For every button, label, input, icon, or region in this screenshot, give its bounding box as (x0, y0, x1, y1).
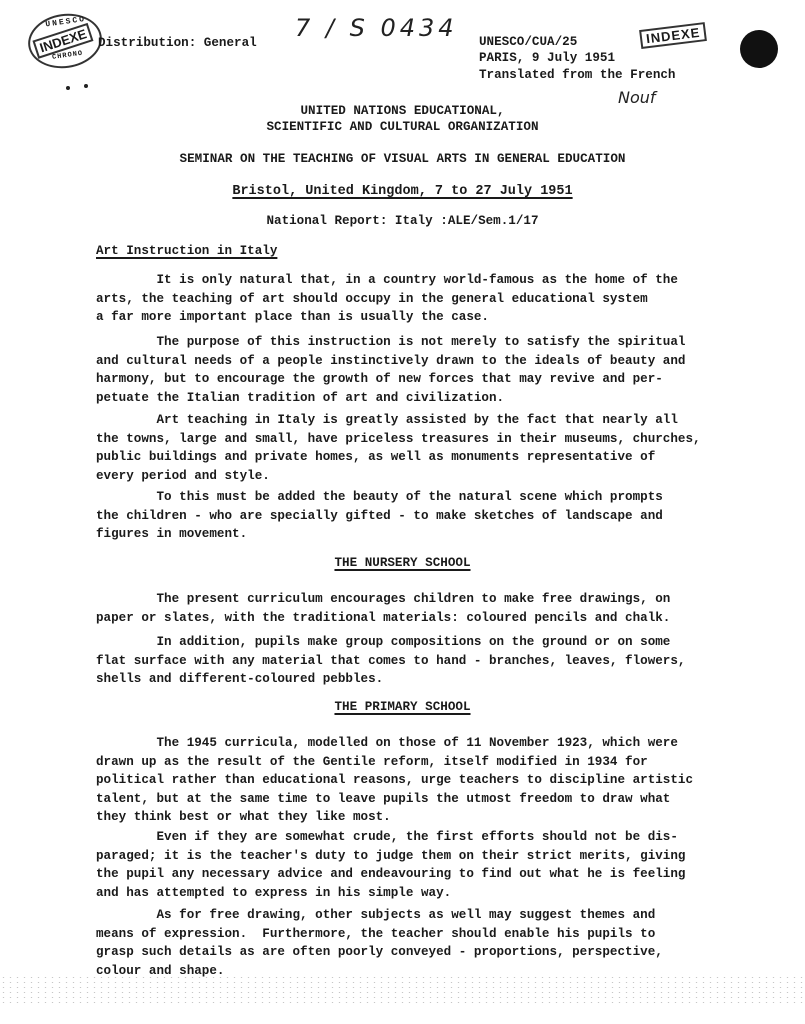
paragraph: As for free drawing, other subjects as w… (96, 906, 736, 980)
handwritten-reference-number: 7 / S 0434 (295, 14, 458, 42)
ink-speck (66, 86, 70, 90)
indexe-rect-stamp: INDEXE (639, 22, 707, 49)
paragraph: In addition, pupils make group compositi… (96, 633, 736, 689)
paragraph: The present curriculum encourages childr… (96, 590, 736, 627)
section-heading: Art Instruction in Italy (96, 244, 277, 258)
paragraph: Even if they are somewhat crude, the fir… (96, 828, 736, 902)
paragraph: It is only natural that, in a country wo… (96, 271, 736, 327)
ink-speck (84, 84, 88, 88)
section-heading: THE PRIMARY SCHOOL (334, 700, 470, 714)
org-name-line1: UNITED NATIONS EDUCATIONAL, (0, 104, 805, 118)
paragraph: Art teaching in Italy is greatly assiste… (96, 411, 736, 485)
paragraph: The 1945 curricula, modelled on those of… (96, 734, 736, 827)
paragraph: To this must be added the beauty of the … (96, 488, 736, 544)
translation-note: Translated from the French (479, 68, 676, 82)
section-heading: THE NURSERY SCHOOL (334, 556, 470, 570)
distribution-label: Distribution: General (98, 36, 257, 50)
ink-blot-mark (740, 30, 778, 68)
place-date: PARIS, 9 July 1951 (479, 51, 615, 65)
seminar-location: Bristol, United Kingdom, 7 to 27 July 19… (232, 184, 572, 199)
indexe-oval-stamp: UNESCO INDEXE CHRONO (25, 9, 106, 73)
paragraph: The purpose of this instruction is not m… (96, 333, 736, 407)
seminar-title: SEMINAR ON THE TEACHING OF VISUAL ARTS I… (0, 152, 805, 166)
scan-noise (0, 975, 805, 1005)
doc-symbol: UNESCO/CUA/25 (479, 34, 577, 51)
report-title: National Report: Italy :ALE/Sem.1/17 (0, 214, 805, 228)
org-name-line2: SCIENTIFIC AND CULTURAL ORGANIZATION (0, 120, 805, 134)
